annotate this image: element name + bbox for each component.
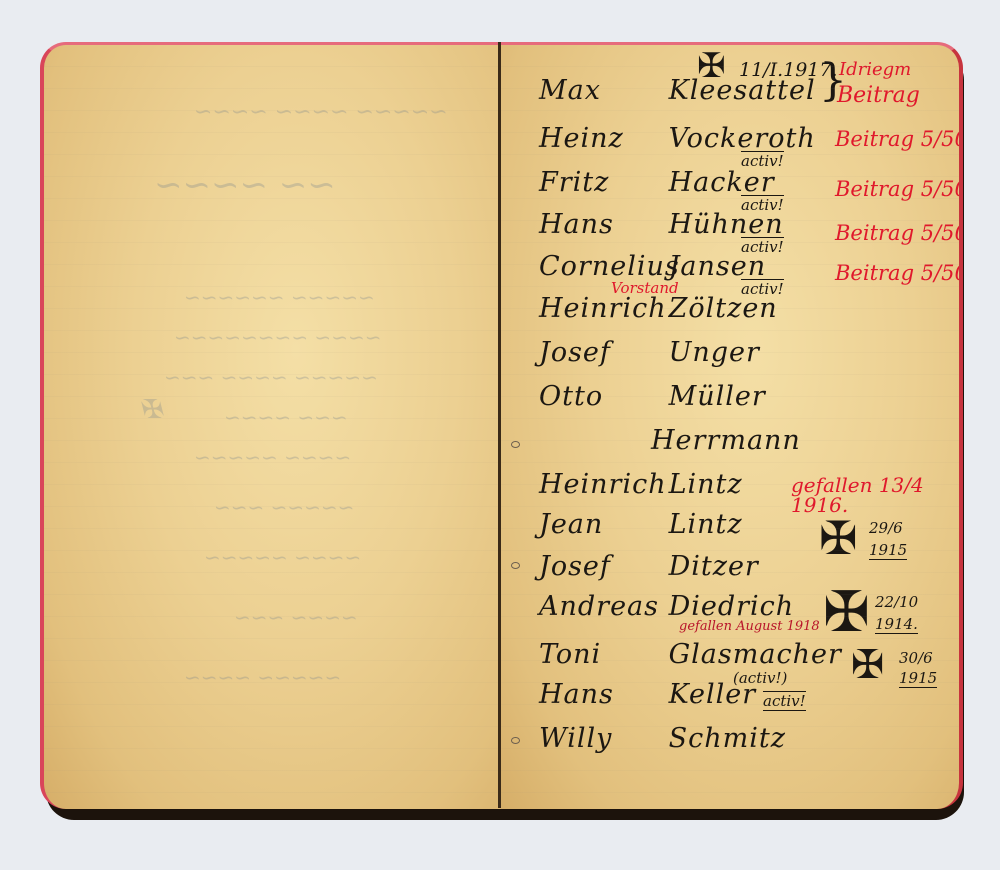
first-name: Heinrich [539, 469, 659, 500]
cross-date-line2: 1915 [869, 541, 907, 560]
cross-date-line1: 29/6 [869, 519, 903, 537]
bleed-through-text: ~~~~~ ~~~ [214, 495, 354, 519]
activ-note: activ! [763, 691, 806, 711]
last-name: Zöltzen [669, 293, 778, 324]
entry-row: Jean Lintz [539, 509, 743, 540]
last-name: Ditzer [669, 551, 759, 582]
last-name: Vockeroth [669, 123, 816, 154]
iron-cross-icon: ✠ [819, 515, 858, 561]
entry-row: Josef Unger [539, 337, 760, 368]
bleed-through-text: ~~ ~~~~ [154, 165, 336, 205]
entry-row: Andreas Diedrich [539, 591, 794, 622]
first-name: Josef [539, 337, 659, 368]
last-name: Hühnen [669, 209, 784, 240]
entry-row: Hans Hühnen [539, 209, 784, 240]
entry-row: Herrmann [651, 425, 801, 456]
last-name: Unger [669, 337, 760, 368]
bleed-through-text: ~~~~~ ~~~~~~ [184, 285, 375, 309]
first-name: Willy [539, 723, 659, 754]
last-name: Lintz [669, 509, 743, 540]
first-name: Toni [539, 639, 659, 670]
first-name: Hans [539, 679, 659, 710]
bleed-through-text: ~~~ ~~~~ [224, 405, 348, 429]
entry-row: Josef Ditzer [539, 551, 759, 582]
gefallen-note: gefallen August 1918 [679, 619, 820, 634]
beitrag-note: Beitrag 5/50 [835, 261, 963, 285]
bleed-through-text: ~~~~ ~~~~~~~~ [174, 325, 381, 349]
cross-bleed-icon: ✠ [144, 395, 166, 425]
last-name: Glasmacher [669, 639, 842, 670]
first-name: Jean [539, 509, 659, 540]
header-red-note-1: Idriegm [839, 59, 911, 80]
notebook-spread: ~~~~~ ~~~~ ~~~~ ~~ ~~~~ ~~~~~ ~~~~~~ ~~~… [40, 42, 965, 812]
first-name: Hans [539, 209, 659, 240]
last-name: Kleesattel [669, 75, 816, 106]
entry-row: Cornelius Jansen [539, 251, 766, 282]
cross-date-line1: 22/10 [875, 593, 918, 611]
last-name: Diedrich [669, 591, 795, 622]
entry-row: Heinrich Zöltzen [539, 293, 778, 324]
bleed-through-text: ~~~~ ~~~~~ [204, 545, 361, 569]
last-name: Müller [669, 381, 766, 412]
cross-date-line1: 30/6 [899, 649, 933, 667]
iron-cross-icon: ✠ [851, 645, 885, 685]
beitrag-note: Beitrag 5/50 [835, 221, 963, 245]
bleed-through-text: ~~~~~ ~~~~ [184, 665, 341, 689]
first-name: Heinz [539, 123, 659, 154]
bleed-through-text: ~~~~~ ~~~~ ~~~ [164, 365, 378, 389]
first-name: Fritz [539, 167, 659, 198]
bleed-through-text: ~~~~ ~~~ [234, 605, 358, 629]
last-name: Keller [669, 679, 757, 710]
last-name: Lintz [669, 469, 743, 500]
beitrag-note: Beitrag 5/50 [835, 177, 963, 201]
first-name: Andreas [539, 591, 659, 622]
first-name: Max [539, 75, 659, 106]
first-name: Josef [539, 551, 659, 582]
first-name: Cornelius [539, 251, 659, 282]
left-page: ~~~~~ ~~~~ ~~~~ ~~ ~~~~ ~~~~~ ~~~~~~ ~~~… [40, 42, 502, 809]
gefallen-note: gefallen 13/4 1916. [791, 475, 941, 515]
bleed-through-text: ~~~~ ~~~~~ [194, 445, 351, 469]
punch-hole [511, 562, 520, 569]
iron-cross-icon: ✠ [823, 585, 870, 641]
first-name: Otto [539, 381, 659, 412]
entry-row: Hans Keller [539, 679, 756, 710]
first-name: Heinrich [539, 293, 659, 324]
last-name: Jansen [669, 251, 767, 282]
punch-hole [511, 737, 520, 744]
cross-date-line2: 1914. [875, 615, 918, 634]
last-name: Schmitz [669, 723, 786, 754]
punch-hole [511, 441, 520, 448]
bleed-through-text: ~~~~~ ~~~~ ~~~~ [194, 100, 448, 125]
cross-date-line2: 1915 [899, 669, 937, 688]
entry-row: Heinrich Lintz [539, 469, 743, 500]
header-red-note-2: Beitrag [837, 83, 920, 108]
entry-row: Heinz Vockeroth [539, 123, 816, 154]
last-name: Hacker [669, 167, 775, 198]
right-page: ✠ 11/I.1917. } Idriegm Beitrag Max Klees… [501, 42, 963, 809]
last-name: Herrmann [651, 425, 801, 456]
entry-row: Max Kleesattel [539, 75, 816, 106]
entry-row: Willy Schmitz [539, 723, 786, 754]
beitrag-note: Beitrag 5/50 [835, 127, 963, 151]
entry-row: Otto Müller [539, 381, 766, 412]
entry-row: Fritz Hacker [539, 167, 775, 198]
entry-row: Toni Glasmacher [539, 639, 842, 670]
